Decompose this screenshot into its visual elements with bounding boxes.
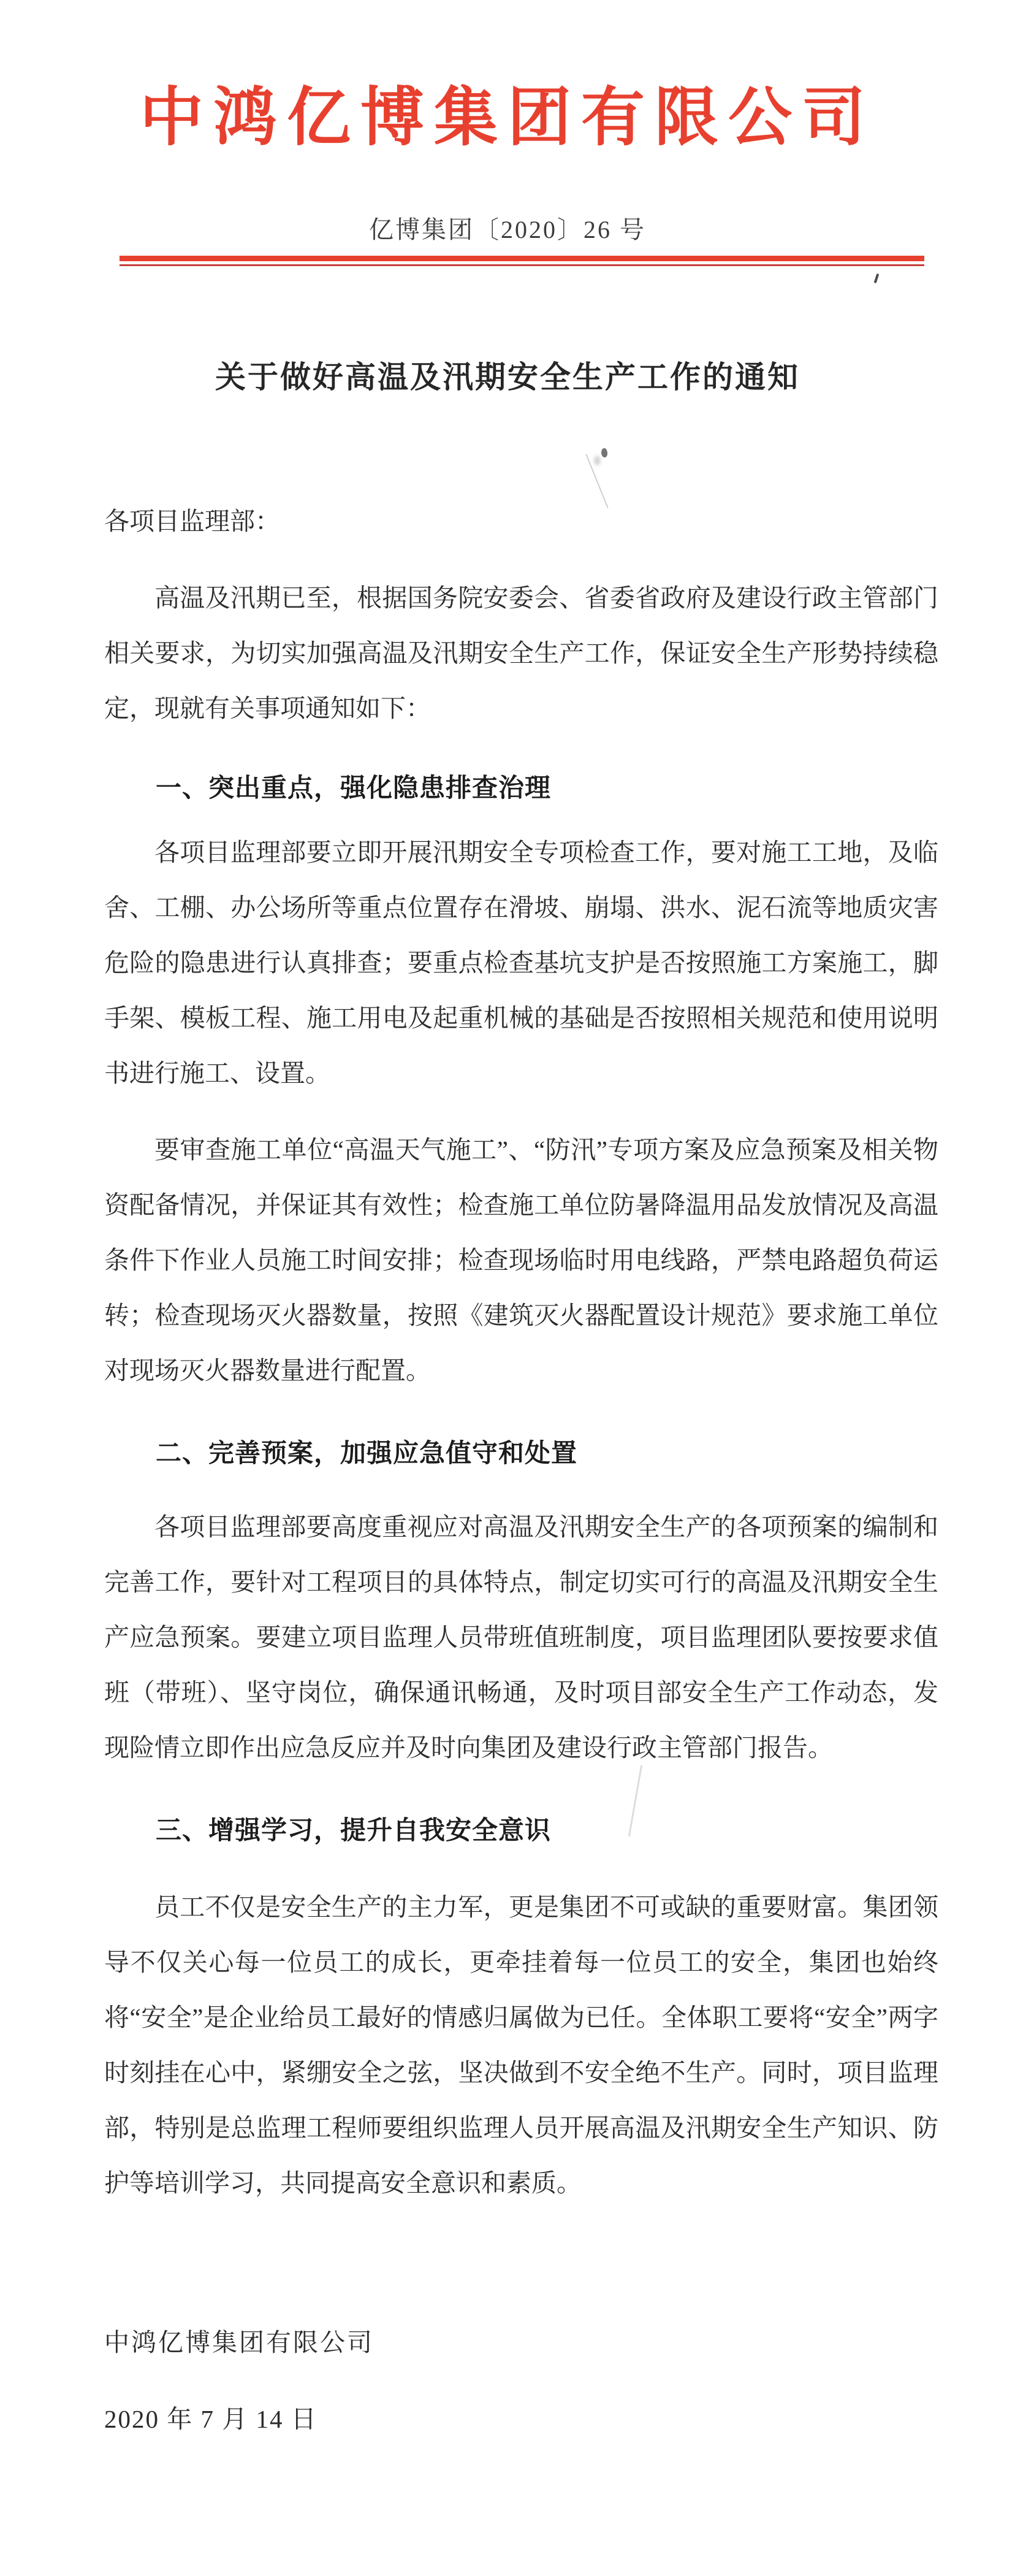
- section-2-heading: 二、完善预案，加强应急值守和处置: [104, 1426, 938, 1481]
- signature-date: 2020 年 7 月 14 日: [104, 2391, 938, 2447]
- letterhead-org-title: 中鸿亿博集团有限公司: [0, 78, 1015, 158]
- section-1-paragraph-1: 各项目监理部要立即开展汛期安全专项检查工作，要对施工工地，及临舍、工棚、办公场所…: [104, 825, 938, 1101]
- scan-artifact-tick: [874, 273, 880, 283]
- document-body: 各项目监理部： 高温及汛期已至，根据国务院安委会、省委省政府及建设行政主管部门相…: [104, 494, 938, 2447]
- signature-org: 中鸿亿博集团有限公司: [104, 2315, 938, 2370]
- section-1-heading: 一、突出重点，强化隐患排查治理: [104, 760, 938, 816]
- salutation: 各项目监理部：: [104, 494, 938, 549]
- section-3-heading: 三、增强学习，提升自我安全意识: [104, 1803, 938, 1858]
- intro-paragraph: 高温及汛期已至，根据国务院安委会、省委省政府及建设行政主管部门相关要求，为切实加…: [104, 570, 938, 736]
- document-page: 中鸿亿博集团有限公司 亿博集团〔2020〕26 号 关于做好高温及汛期安全生产工…: [0, 0, 1015, 2576]
- section-1-paragraph-2: 要审查施工单位“高温天气施工”、“防汛”专项方案及应急预案及相关物资配备情况，并…: [104, 1122, 938, 1398]
- letterhead-rule-thick: [120, 256, 924, 261]
- letterhead-rule-thin: [120, 264, 924, 266]
- section-2-paragraph-1: 各项目监理部要高度重视应对高温及汛期安全生产的各项预案的编制和完善工作，要针对工…: [104, 1499, 938, 1775]
- doc-number: 亿博集团〔2020〕26 号: [0, 213, 1015, 247]
- section-3-paragraph-1: 员工不仅是安全生产的主力军，更是集团不可或缺的重要财富。集团领导不仅关心每一位员…: [104, 1879, 938, 2211]
- doc-title: 关于做好高温及汛期安全生产工作的通知: [0, 357, 1015, 397]
